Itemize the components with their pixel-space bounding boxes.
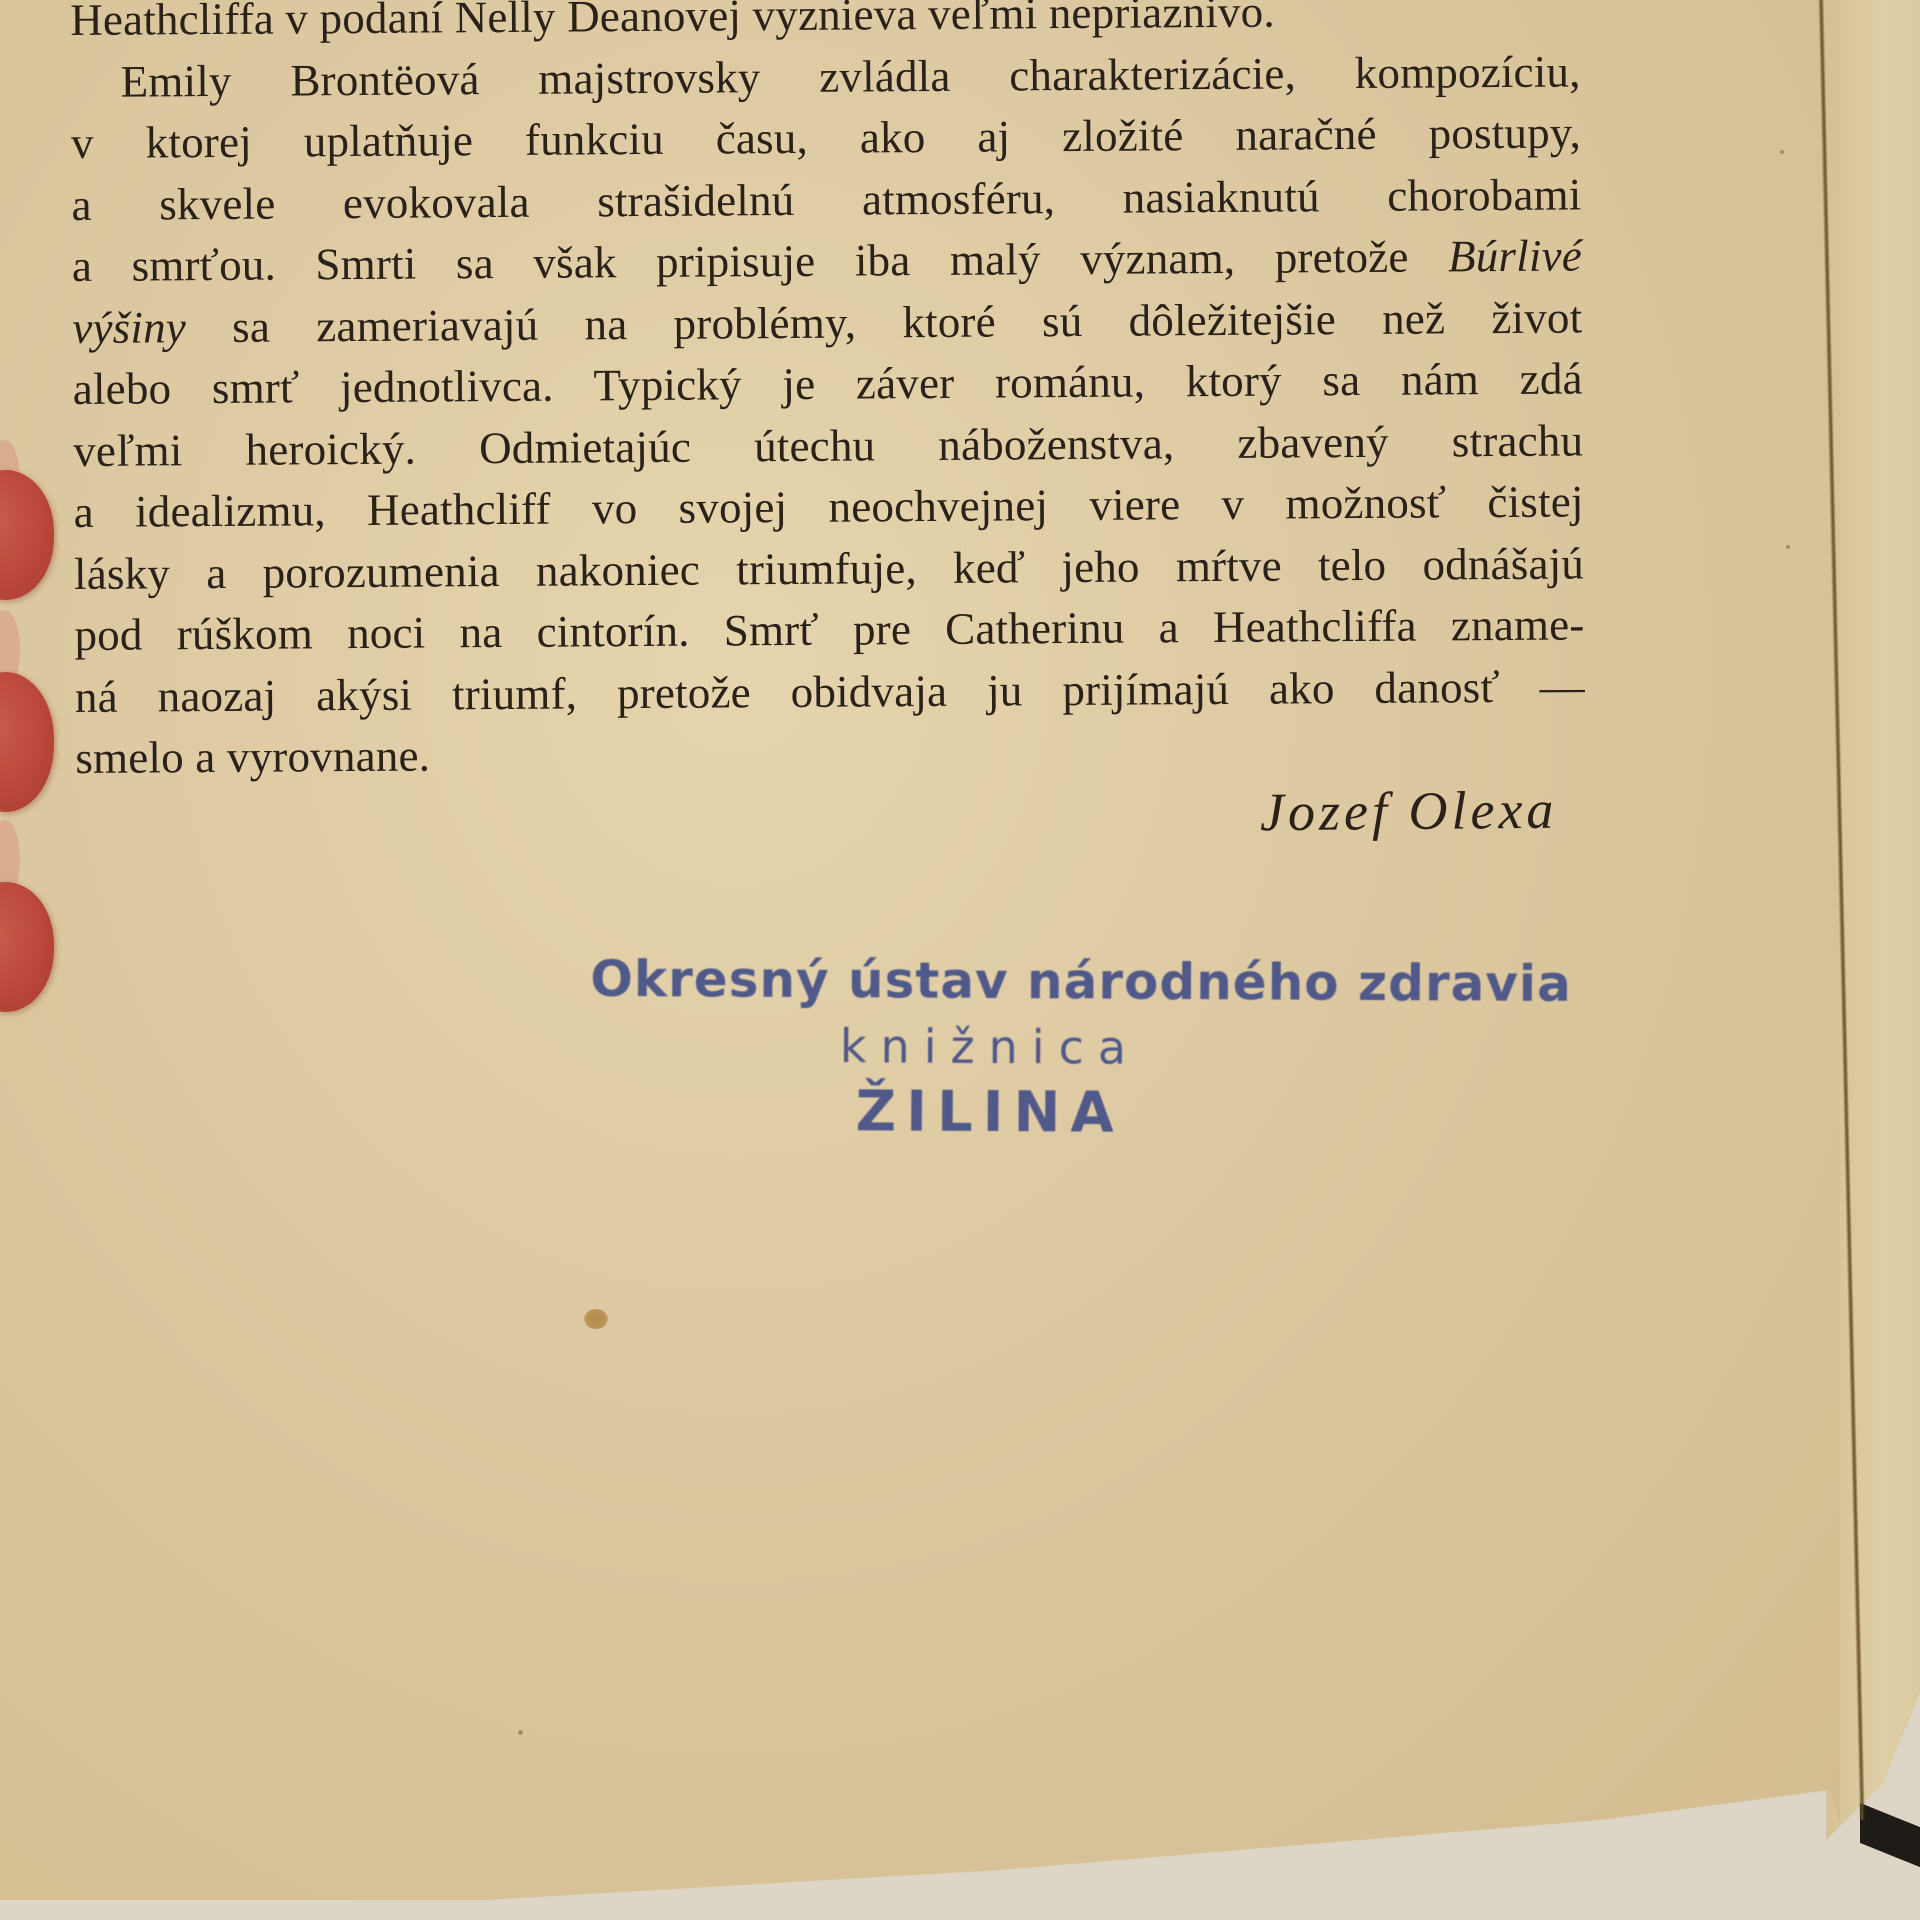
text-line: alebo smrť jednotlivca. Typický je záver…	[73, 348, 1583, 420]
text-line: výšiny sa zameriavajú na problémy, ktoré…	[72, 287, 1582, 359]
text-line: Emily Brontëová majstrovsky zvládla char…	[70, 41, 1580, 113]
text-line: ná naozaj akýsi triumf, pretože obidvaja…	[75, 656, 1585, 728]
photo-scene: Heathcliffa v podaní Nelly Deanovej vyzn…	[0, 0, 1920, 1920]
paper-speck	[518, 1730, 523, 1735]
text-line: pod rúškom noci na cintorín. Smrť pre Ca…	[74, 594, 1584, 666]
text-line: lásky a porozumenia nakoniec triumfuje, …	[74, 533, 1584, 605]
text-line: veľmi heroický. Odmietajúc útechu nábože…	[73, 410, 1583, 482]
text-line: smelo a vyrovnane.	[75, 717, 1585, 789]
text-line-part: sa zameriavajú na problémy, ktoré sú dôl…	[232, 292, 1582, 351]
book-cover-edge	[1860, 1803, 1920, 1867]
book-page: Heathcliffa v podaní Nelly Deanovej vyzn…	[0, 0, 1840, 1900]
paper-speck	[1786, 545, 1790, 549]
paper-speck	[1780, 150, 1784, 154]
paper-stain	[584, 1309, 608, 1329]
stamp-institution: Okresný ústav národného zdravia	[590, 948, 1390, 1014]
text-line: a idealizmu, Heathcliff vo svojej neochv…	[73, 471, 1583, 543]
author-signature: Jozef Olexa	[1260, 779, 1558, 844]
text-line: a smrťou. Smrti sa však pripisuje iba ma…	[72, 225, 1582, 297]
library-stamp: Okresný ústav národného zdravia knižnica…	[589, 948, 1390, 1150]
text-line: v ktorej uplatňuje funkciu času, ako aj …	[71, 102, 1581, 174]
text-line: a skvele evokovala strašidelnú atmosféru…	[71, 164, 1581, 236]
text-line-part: a smrťou. Smrti sa však pripisuje iba ma…	[72, 232, 1409, 291]
afterword-text: Heathcliffa v podaní Nelly Deanovej vyzn…	[70, 0, 1586, 789]
book-title-italic: Búrlivé	[1448, 230, 1582, 281]
book-title-italic: výšiny	[72, 302, 186, 353]
stamp-library: knižnica	[590, 1014, 1390, 1080]
stamp-city: ŽILINA	[589, 1076, 1389, 1150]
